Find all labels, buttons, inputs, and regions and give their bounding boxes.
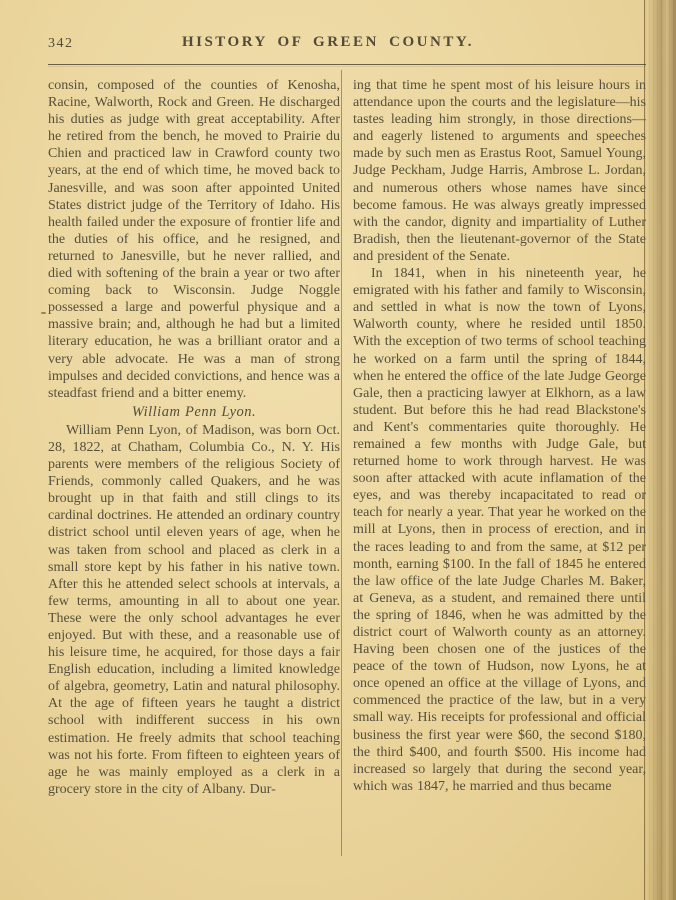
book-page: 342 HISTORY OF GREEN COUNTY. consin, com… (0, 0, 676, 900)
paragraph-lyon-biography: William Penn Lyon, of Madison, was born … (48, 422, 340, 798)
paragraph-noggle-continuation: consin, composed of the counties of Keno… (48, 77, 340, 402)
running-title: HISTORY OF GREEN COUNTY. (0, 34, 656, 51)
left-column: consin, composed of the counties of Keno… (48, 77, 340, 798)
page-edge-shadow (644, 0, 676, 900)
print-speck (41, 312, 46, 314)
right-column: ing that time he spent most of his leisu… (353, 77, 646, 795)
section-heading-william-penn-lyon: William Penn Lyon. (48, 404, 340, 421)
paragraph-1841-emigration: In 1841, when in his nineteenth year, he… (353, 265, 646, 795)
paragraph-albany-continuation: ing that time he spent most of his leisu… (353, 77, 646, 265)
header-rule (48, 64, 646, 65)
column-divider (341, 70, 342, 856)
